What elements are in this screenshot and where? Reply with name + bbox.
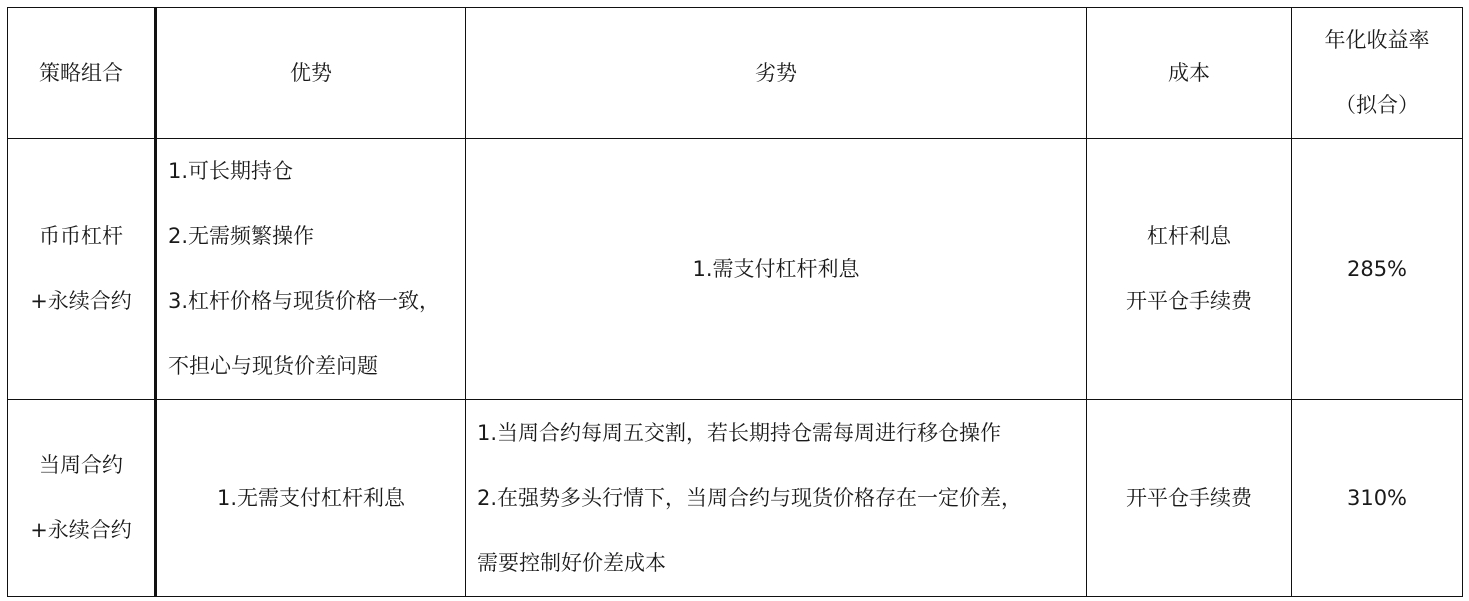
strategy-cell: 当周合约 +永续合约 [8,400,156,597]
header-advantages: 优势 [156,8,466,139]
strategy-cell: 币币杠杆 +永续合约 [8,139,156,400]
strategy-comparison-table: 策略组合 优势 劣势 成本 年化收益率 （拟合） 币币杠杆 +永续合约 1.可长… [7,7,1463,597]
advantages-cell: 1.无需支付杠杆利息 [156,400,466,597]
header-strategy: 策略组合 [8,8,156,139]
annual-return-cell: 285% [1292,139,1463,400]
table-row: 当周合约 +永续合约 1.无需支付杠杆利息 1.当周合约每周五交割，若长期持仓需… [8,400,1463,597]
cost-cell: 开平仓手续费 [1087,400,1292,597]
disadvantages-cell: 1.需支付杠杆利息 [466,139,1087,400]
header-annual-return: 年化收益率 （拟合） [1292,8,1463,139]
header-row: 策略组合 优势 劣势 成本 年化收益率 （拟合） [8,8,1463,139]
header-cost: 成本 [1087,8,1292,139]
cost-cell: 杠杆利息 开平仓手续费 [1087,139,1292,400]
advantages-cell: 1.可长期持仓 2.无需频繁操作 3.杠杆价格与现货价格一致， 不担心与现货价差… [156,139,466,400]
annual-return-cell: 310% [1292,400,1463,597]
disadvantages-cell: 1.当周合约每周五交割，若长期持仓需每周进行移仓操作 2.在强势多头行情下，当周… [466,400,1087,597]
table-row: 币币杠杆 +永续合约 1.可长期持仓 2.无需频繁操作 3.杠杆价格与现货价格一… [8,139,1463,400]
header-disadvantages: 劣势 [466,8,1087,139]
